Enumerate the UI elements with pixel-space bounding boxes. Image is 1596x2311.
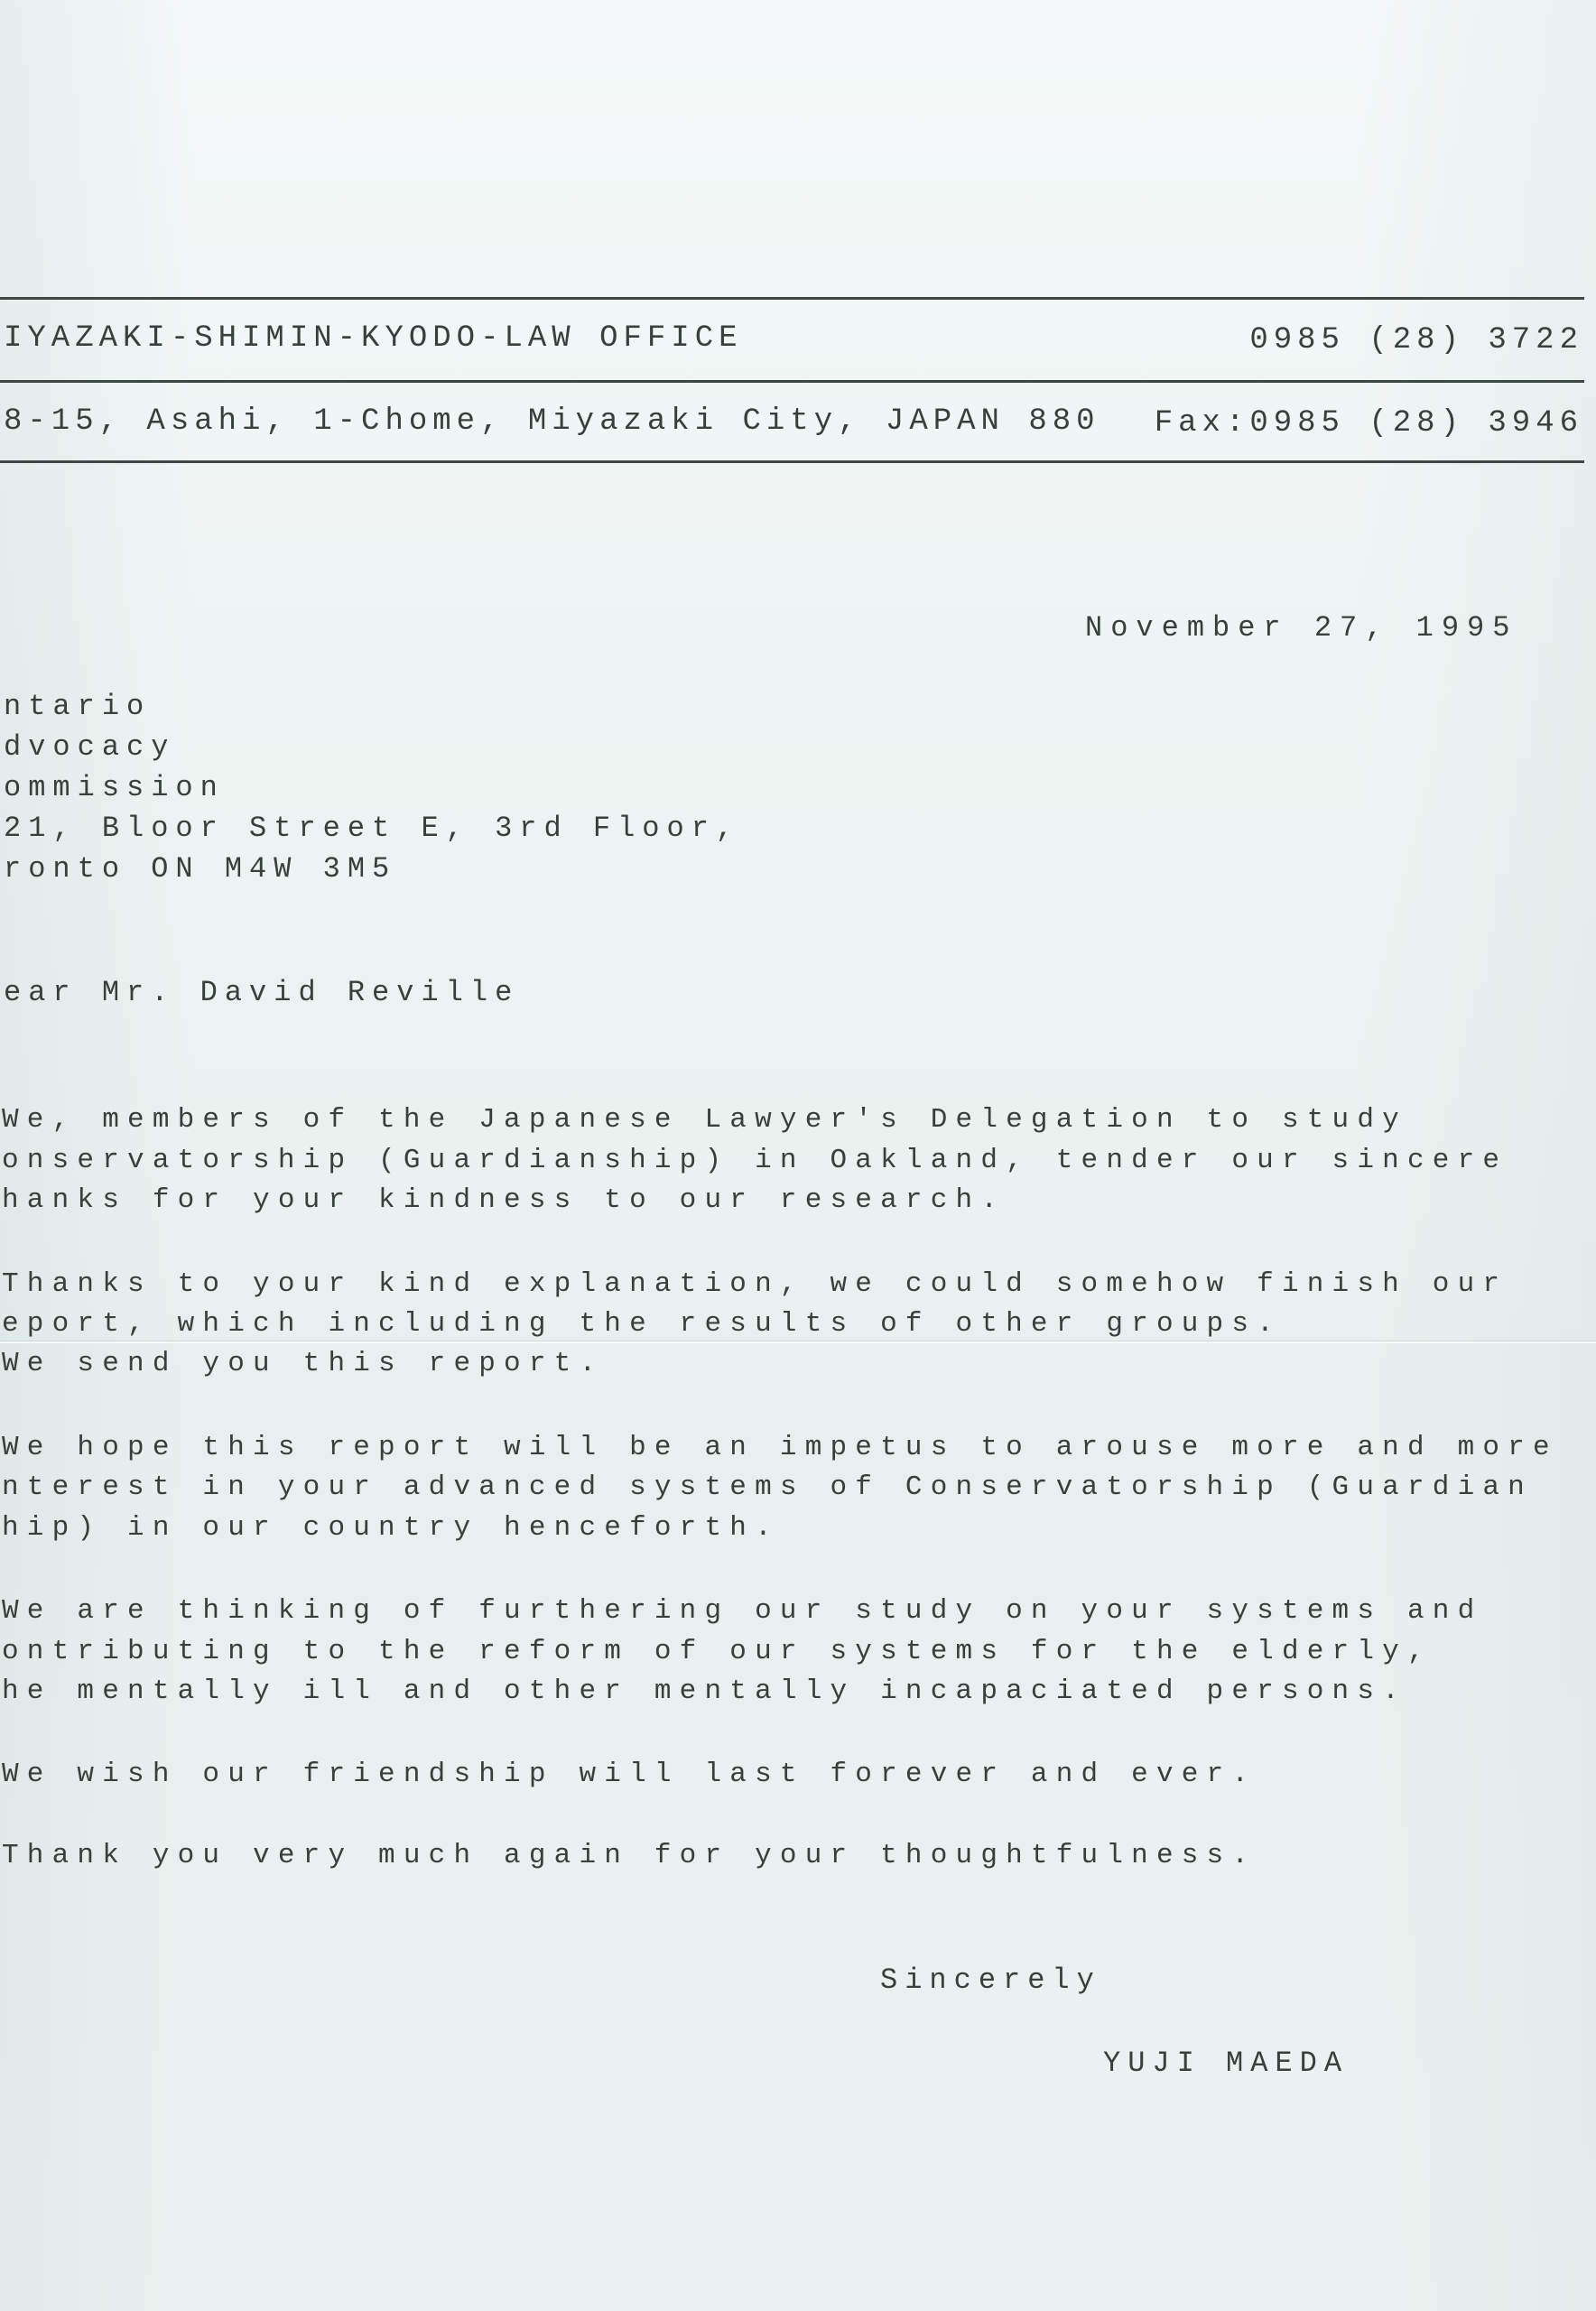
letterhead-middle-rule [0, 380, 1584, 383]
body-line: We hope this report will be an impetus t… [2, 1434, 1558, 1462]
recipient-line: ntario [4, 692, 151, 721]
letterhead-bottom-rule [0, 460, 1584, 463]
body-line: We wish our friendship will last forever… [2, 1760, 1257, 1788]
recipient-line: ronto ON M4W 3M5 [4, 855, 396, 884]
office-fax: Fax:0985 (28) 3946 [1155, 408, 1583, 439]
body-line: Thank you very much again for your thoug… [2, 1842, 1257, 1870]
closing: Sincerely [880, 1966, 1101, 1995]
body-line: hip) in our country henceforth. [2, 1514, 780, 1542]
body-line: nterest in your advanced systems of Cons… [2, 1473, 1533, 1501]
recipient-line: 21, Bloor Street E, 3rd Floor, [4, 814, 740, 843]
office-name: IYAZAKI-SHIMIN-KYODO-LAW OFFICE [4, 323, 743, 354]
body-line: We send you this report. [2, 1350, 604, 1378]
body-line: We are thinking of furthering our study … [2, 1597, 1482, 1625]
letter-date: November 27, 1995 [1085, 614, 1517, 643]
body-line: Thanks to your kind explanation, we coul… [2, 1270, 1508, 1298]
body-line: he mentally ill and other mentally incap… [2, 1677, 1407, 1705]
letterhead-top-rule [0, 297, 1584, 300]
office-address: 8-15, Asahi, 1-Chome, Miyazaki City, JAP… [4, 406, 1100, 437]
body-line: hanks for your kindness to our research. [2, 1186, 1006, 1214]
office-phone: 0985 (28) 3722 [1249, 325, 1583, 356]
body-line: eport, which including the results of ot… [2, 1310, 1282, 1338]
recipient-line: dvocacy [4, 733, 175, 762]
body-line: onservatorship (Guardianship) in Oakland… [2, 1146, 1508, 1174]
salutation: ear Mr. David Reville [4, 979, 519, 1007]
signature-name: YUJI MAEDA [1103, 2049, 1349, 2078]
recipient-line: ommission [4, 774, 225, 803]
paper-fold-crease [0, 1341, 1596, 1343]
body-line: ontributing to the reform of our systems… [2, 1638, 1433, 1666]
body-line: We, members of the Japanese Lawyer's Del… [2, 1106, 1407, 1134]
